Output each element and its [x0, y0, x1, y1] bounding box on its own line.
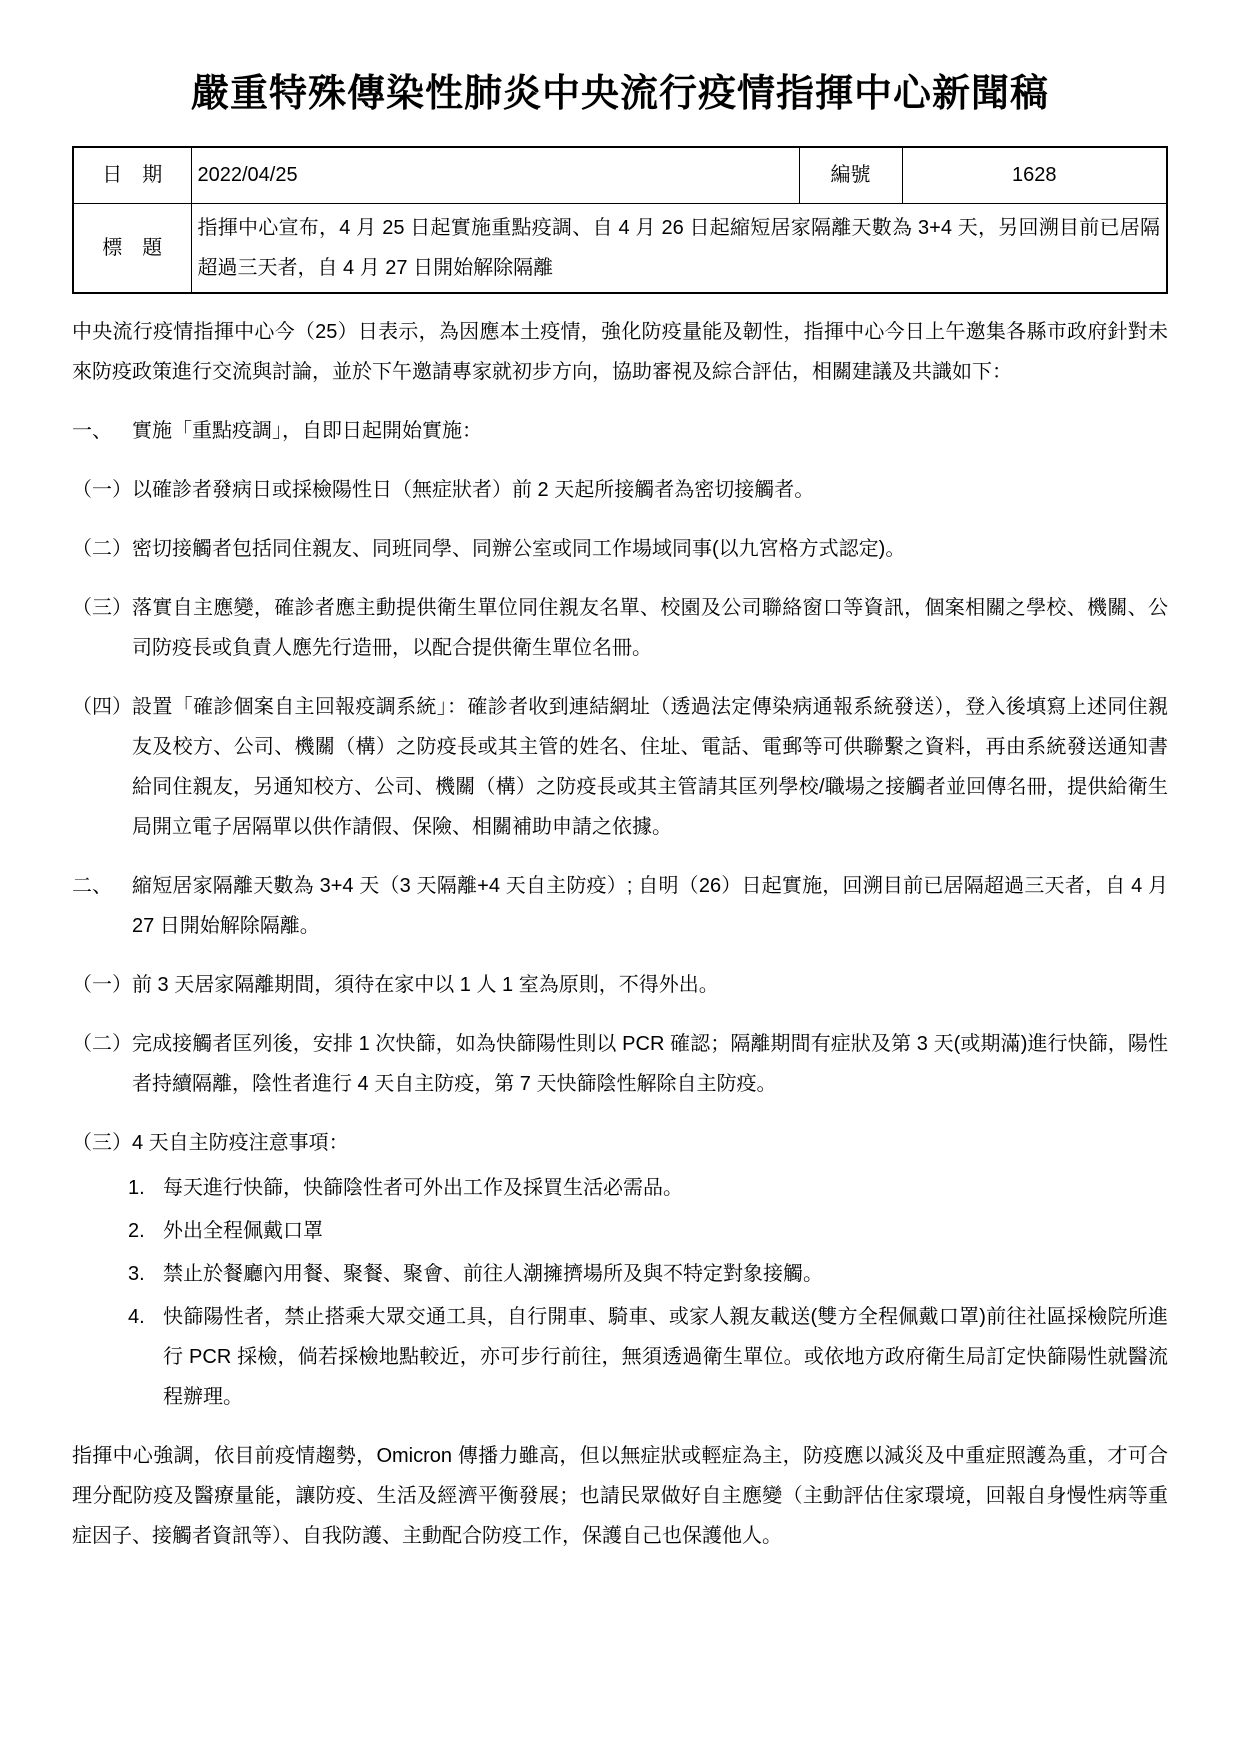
section2-item-3: （三） 4 天自主防疫注意事項：	[72, 1123, 1168, 1163]
section2-item-3-marker: （三）	[72, 1123, 132, 1163]
list-item-2-number: 2.	[128, 1211, 163, 1251]
list-item-2-text: 外出全程佩戴口罩	[163, 1211, 1168, 1251]
closing-paragraph: 指揮中心強調，依目前疫情趨勢，Omicron 傳播力雖高，但以無症狀或輕症為主，…	[72, 1436, 1168, 1556]
section2-item-2-text: 完成接觸者匡列後，安排 1 次快篩，如為快篩陽性則以 PCR 確認；隔離期間有症…	[132, 1024, 1168, 1104]
meta-row-subject: 標 題 指揮中心宣布，4 月 25 日起實施重點疫調、自 4 月 26 日起縮短…	[73, 203, 1167, 293]
section2-item-3-text: 4 天自主防疫注意事項：	[132, 1123, 1168, 1163]
number-value: 1628	[902, 147, 1167, 203]
meta-row-date: 日 期 2022/04/25 編號 1628	[73, 147, 1167, 203]
press-release-document: 嚴重特殊傳染性肺炎中央流行疫情指揮中心新聞稿 日 期 2022/04/25 編號…	[0, 0, 1240, 1556]
list-item-2: 2. 外出全程佩戴口罩	[128, 1211, 1168, 1251]
section1-item-1-marker: （一）	[72, 470, 132, 510]
section2-marker: 二、	[72, 866, 132, 946]
list-item-4: 4. 快篩陽性者，禁止搭乘大眾交通工具，自行開車、騎車、或家人親友載送(雙方全程…	[128, 1297, 1168, 1417]
section1-item-2-marker: （二）	[72, 529, 132, 569]
intro-paragraph: 中央流行疫情指揮中心今（25）日表示，為因應本土疫情，強化防疫量能及韌性，指揮中…	[72, 312, 1168, 392]
section2-item-1-marker: （一）	[72, 965, 132, 1005]
section1-item-3-text: 落實自主應變，確診者應主動提供衛生單位同住親友名單、校園及公司聯絡窗口等資訊，個…	[132, 588, 1168, 668]
subject-label: 標 題	[73, 203, 191, 293]
section1-item-2: （二） 密切接觸者包括同住親友、同班同學、同辦公室或同工作場域同事(以九宮格方式…	[72, 529, 1168, 569]
meta-table: 日 期 2022/04/25 編號 1628 標 題 指揮中心宣布，4 月 25…	[72, 146, 1168, 294]
list-item-4-text: 快篩陽性者，禁止搭乘大眾交通工具，自行開車、騎車、或家人親友載送(雙方全程佩戴口…	[163, 1297, 1168, 1417]
section2-item-2-marker: （二）	[72, 1024, 132, 1104]
section1-item-1: （一） 以確診者發病日或採檢陽性日（無症狀者）前 2 天起所接觸者為密切接觸者。	[72, 470, 1168, 510]
list-item-1-text: 每天進行快篩，快篩陰性者可外出工作及採買生活必需品。	[163, 1168, 1168, 1208]
list-item-4-number: 4.	[128, 1297, 163, 1417]
list-item-3-text: 禁止於餐廳內用餐、聚餐、聚會、前往人潮擁擠場所及與不特定對象接觸。	[163, 1254, 1168, 1294]
section1-item-1-text: 以確診者發病日或採檢陽性日（無症狀者）前 2 天起所接觸者為密切接觸者。	[132, 470, 1168, 510]
date-label: 日 期	[73, 147, 191, 203]
list-item-1: 1. 每天進行快篩，快篩陰性者可外出工作及採買生活必需品。	[128, 1168, 1168, 1208]
list-item-3-number: 3.	[128, 1254, 163, 1294]
section1-item-4-marker: （四）	[72, 687, 132, 847]
number-label: 編號	[799, 147, 902, 203]
section2-heading-text: 縮短居家隔離天數為 3+4 天（3 天隔離+4 天自主防疫）; 自明（26）日起…	[132, 866, 1168, 946]
self-health-management-list: 1. 每天進行快篩，快篩陰性者可外出工作及採買生活必需品。 2. 外出全程佩戴口…	[128, 1168, 1168, 1417]
section1-heading: 一、 實施「重點疫調」，自即日起開始實施：	[72, 411, 1168, 451]
section2-item-1: （一） 前 3 天居家隔離期間，須待在家中以 1 人 1 室為原則，不得外出。	[72, 965, 1168, 1005]
section1-marker: 一、	[72, 411, 132, 451]
list-item-1-number: 1.	[128, 1168, 163, 1208]
section2-item-1-text: 前 3 天居家隔離期間，須待在家中以 1 人 1 室為原則，不得外出。	[132, 965, 1168, 1005]
section1-item-2-text: 密切接觸者包括同住親友、同班同學、同辦公室或同工作場域同事(以九宮格方式認定)。	[132, 529, 1168, 569]
page-title: 嚴重特殊傳染性肺炎中央流行疫情指揮中心新聞稿	[72, 68, 1168, 120]
section1-item-4: （四） 設置「確診個案自主回報疫調系統」：確診者收到連結網址（透過法定傳染病通報…	[72, 687, 1168, 847]
date-value: 2022/04/25	[191, 147, 799, 203]
section1-item-4-text: 設置「確診個案自主回報疫調系統」：確診者收到連結網址（透過法定傳染病通報系統發送…	[132, 687, 1168, 847]
list-item-3: 3. 禁止於餐廳內用餐、聚餐、聚會、前往人潮擁擠場所及與不特定對象接觸。	[128, 1254, 1168, 1294]
section1-item-3: （三） 落實自主應變，確診者應主動提供衛生單位同住親友名單、校園及公司聯絡窗口等…	[72, 588, 1168, 668]
section2-heading: 二、 縮短居家隔離天數為 3+4 天（3 天隔離+4 天自主防疫）; 自明（26…	[72, 866, 1168, 946]
section1-item-3-marker: （三）	[72, 588, 132, 668]
section2-item-2: （二） 完成接觸者匡列後，安排 1 次快篩，如為快篩陽性則以 PCR 確認；隔離…	[72, 1024, 1168, 1104]
subject-value: 指揮中心宣布，4 月 25 日起實施重點疫調、自 4 月 26 日起縮短居家隔離…	[191, 203, 1167, 293]
section1-heading-text: 實施「重點疫調」，自即日起開始實施：	[132, 411, 1168, 451]
